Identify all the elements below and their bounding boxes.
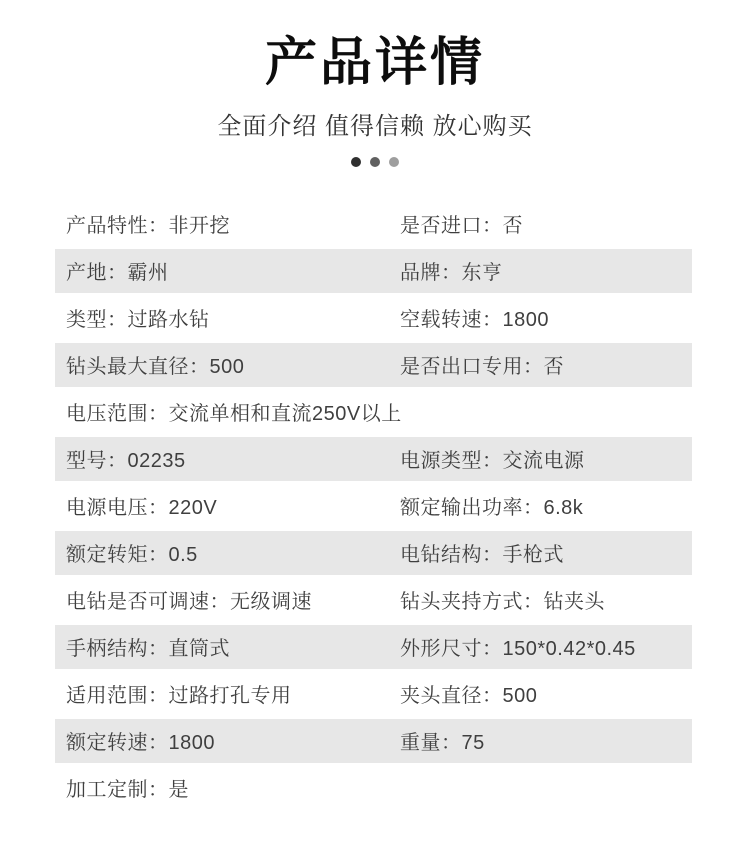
spec-cell: 手柄结构：直筒式 [55,632,389,661]
spec-table: 产品特性：非开挖是否进口：否产地：霸州品牌：东亨类型：过路水钻空载转速：1800… [55,202,692,810]
spec-row: 电源电压：220V额定输出功率：6.8k [55,484,692,528]
carousel-dot-1[interactable] [351,157,361,167]
spec-cell: 类型：过路水钻 [55,303,389,332]
spec-cell: 电压范围：交流单相和直流250V以上 [55,397,692,426]
spec-row: 手柄结构：直筒式外形尺寸：150*0.42*0.45 [55,625,692,669]
spec-cell: 品牌：东亨 [389,256,692,285]
spec-row: 适用范围：过路打孔专用夹头直径：500 [55,672,692,716]
spec-cell: 额定输出功率：6.8k [389,491,692,520]
spec-cell: 重量：75 [389,726,692,755]
spec-row: 产品特性：非开挖是否进口：否 [55,202,692,246]
spec-cell: 型号：02235 [55,444,389,473]
spec-cell: 适用范围：过路打孔专用 [55,679,389,708]
spec-cell: 钻头最大直径：500 [55,350,389,379]
spec-row: 电钻是否可调速：无级调速钻头夹持方式：钻夹头 [55,578,692,622]
spec-row: 电压范围：交流单相和直流250V以上 [55,390,692,434]
spec-row: 额定转速：1800重量：75 [55,719,692,763]
carousel-dots [0,157,750,167]
page-subtitle: 全面介绍 值得信赖 放心购买 [0,106,750,141]
spec-row: 型号：02235电源类型：交流电源 [55,437,692,481]
spec-row: 加工定制：是 [55,766,692,810]
spec-cell: 电钻结构：手枪式 [389,538,692,567]
spec-cell: 空载转速：1800 [389,303,692,332]
spec-row: 钻头最大直径：500是否出口专用：否 [55,343,692,387]
spec-row: 产地：霸州品牌：东亨 [55,249,692,293]
spec-cell: 产品特性：非开挖 [55,209,389,238]
spec-cell: 额定转速：1800 [55,726,389,755]
carousel-dot-2[interactable] [370,157,380,167]
spec-cell: 钻头夹持方式：钻夹头 [389,585,692,614]
carousel-dot-3[interactable] [389,157,399,167]
spec-cell: 夹头直径：500 [389,679,692,708]
spec-row: 额定转矩：0.5电钻结构：手枪式 [55,531,692,575]
spec-cell: 外形尺寸：150*0.42*0.45 [389,632,692,661]
spec-row: 类型：过路水钻空载转速：1800 [55,296,692,340]
spec-cell: 产地：霸州 [55,256,389,285]
spec-cell: 额定转矩：0.5 [55,538,389,567]
spec-cell: 电钻是否可调速：无级调速 [55,585,389,614]
spec-cell: 电源类型：交流电源 [389,444,692,473]
spec-cell: 加工定制：是 [55,773,692,802]
page-header: 产品详情 全面介绍 值得信赖 放心购买 [0,0,750,167]
page-title: 产品详情 [0,34,750,94]
spec-cell: 电源电压：220V [55,491,389,520]
spec-cell: 是否出口专用：否 [389,350,692,379]
spec-cell: 是否进口：否 [389,209,692,238]
